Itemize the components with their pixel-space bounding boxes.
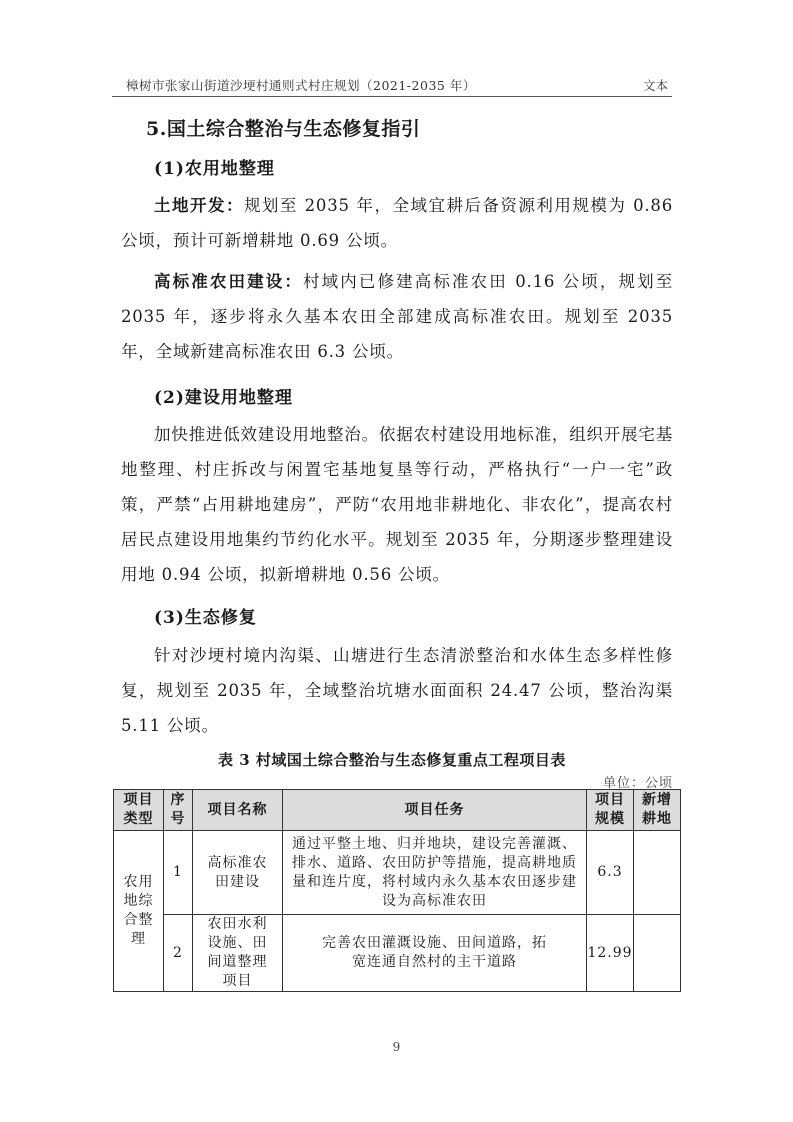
subsection-title-construction-land: (2)建设用地整理 xyxy=(154,383,293,408)
label-land-development: 土地开发： xyxy=(154,196,244,215)
section-title: 5.国土综合整治与生态修复指引 xyxy=(146,114,420,141)
table-row: 农用地综合整理 1 高标准农田建设 通过平整土地、归并地块，建设完善灌溉、排水、… xyxy=(114,831,681,915)
document-type-label: 文本 xyxy=(643,76,668,94)
cell-project-type: 农用地综合整理 xyxy=(114,831,164,992)
header-project-scale: 项目规模 xyxy=(587,790,634,831)
header-project-name: 项目名称 xyxy=(193,790,283,831)
cell-new-farmland xyxy=(634,831,681,915)
cell-project-task: 完善农田灌溉设施、田间道路，拓宽连通自然村的主干道路 xyxy=(283,915,587,992)
paragraph-land-development: 土地开发：规划至 2035 年，全域宜耕后备资源利用规模为 0.86 公顷，预计… xyxy=(121,188,673,258)
table-row: 2 农田水利设施、田间道整理项目 完善农田灌溉设施、田间道路，拓宽连通自然村的主… xyxy=(114,915,681,992)
subsection-title-ecological-restoration: (3)生态修复 xyxy=(154,603,257,628)
project-table: 项目类型 序号 项目名称 项目任务 项目规模 新增耕地 农用地综合整理 1 高标… xyxy=(113,789,681,992)
paragraph-construction-land: 加快推进低效建设用地整治。依据农村建设用地标准，组织开展宅基地整理、村庄拆改与闲… xyxy=(121,417,673,592)
table-caption: 表 3 村域国土综合整治与生态修复重点工程项目表 xyxy=(112,749,672,770)
cell-project-task: 通过平整土地、归并地块，建设完善灌溉、排水、道路、农田防护等措施，提高耕地质量和… xyxy=(283,831,587,915)
cell-new-farmland xyxy=(634,915,681,992)
cell-project-scale: 6.3 xyxy=(587,831,634,915)
cell-project-name: 高标准农田建设 xyxy=(193,831,283,915)
header-project-type: 项目类型 xyxy=(114,790,164,831)
page-number: 9 xyxy=(0,1040,793,1054)
label-high-standard-farmland: 高标准农田建设： xyxy=(154,272,303,291)
header-project-task: 项目任务 xyxy=(283,790,587,831)
subsection-title-farmland: (1)农用地整理 xyxy=(154,154,275,179)
paragraph-high-standard-farmland: 高标准农田建设：村域内已修建高标准农田 0.16 公顷，规划至 2035 年，逐… xyxy=(121,264,673,369)
cell-project-scale: 12.99 xyxy=(587,915,634,992)
header-number: 序号 xyxy=(164,790,193,831)
cell-project-name: 农田水利设施、田间道整理项目 xyxy=(193,915,283,992)
table-header-row: 项目类型 序号 项目名称 项目任务 项目规模 新增耕地 xyxy=(114,790,681,831)
paragraph-ecological-restoration: 针对沙埂村境内沟渠、山塘进行生态清淤整治和水体生态多样性修复，规划至 2035 … xyxy=(121,638,673,743)
cell-number: 1 xyxy=(164,831,193,915)
header-new-farmland: 新增耕地 xyxy=(634,790,681,831)
page-header: 樟树市张家山街道沙埂村通则式村庄规划（2021-2035 年） 文本 xyxy=(112,74,672,97)
cell-number: 2 xyxy=(164,915,193,992)
document-title: 樟树市张家山街道沙埂村通则式村庄规划（2021-2035 年） xyxy=(126,76,476,94)
